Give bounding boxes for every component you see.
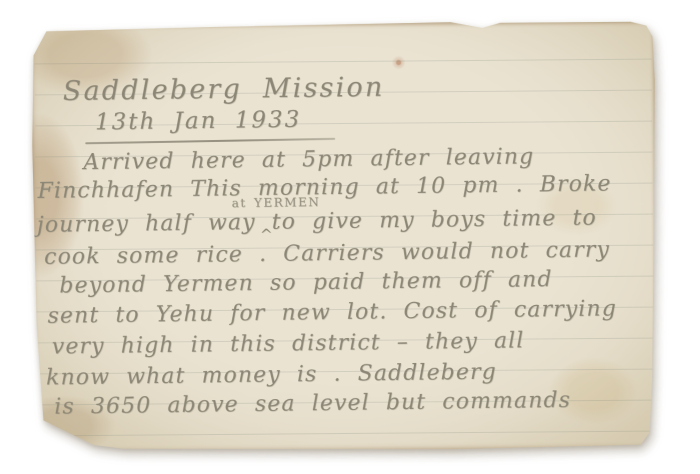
handwriting-line: very high in this district – they all <box>52 328 525 359</box>
photo-canvas: Saddleberg Mission 13th Jan 1933 Arrived… <box>0 0 700 474</box>
insertion-text: at YERMEN <box>232 195 321 210</box>
handwriting-line: know what money is . Saddleberg <box>46 360 497 391</box>
handwriting-line: Finchhafen This morning at 10 pm . Broke <box>37 171 611 204</box>
handwriting-line: sent to Yehu for new lot. Cost of carryi… <box>47 296 617 328</box>
note-title: Saddleberg Mission <box>63 72 385 107</box>
date-underline <box>85 138 335 145</box>
note-date: 13th Jan 1933 <box>95 107 302 136</box>
notebook-page: Saddleberg Mission 13th Jan 1933 Arrived… <box>30 21 658 454</box>
handwriting-layer: Saddleberg Mission 13th Jan 1933 Arrived… <box>30 21 658 454</box>
handwriting-line: beyond Yermen so paid them off and <box>59 267 553 298</box>
paper-surface: Saddleberg Mission 13th Jan 1933 Arrived… <box>30 21 658 454</box>
handwriting-line: Arrived here at 5pm after leaving <box>83 144 534 175</box>
handwriting-line: journey half way to give my boys time to <box>37 206 597 238</box>
handwriting-line: is 3650 above sea level but commands <box>54 388 571 420</box>
handwriting-line: cook some rice . Carriers would not carr… <box>44 237 610 269</box>
